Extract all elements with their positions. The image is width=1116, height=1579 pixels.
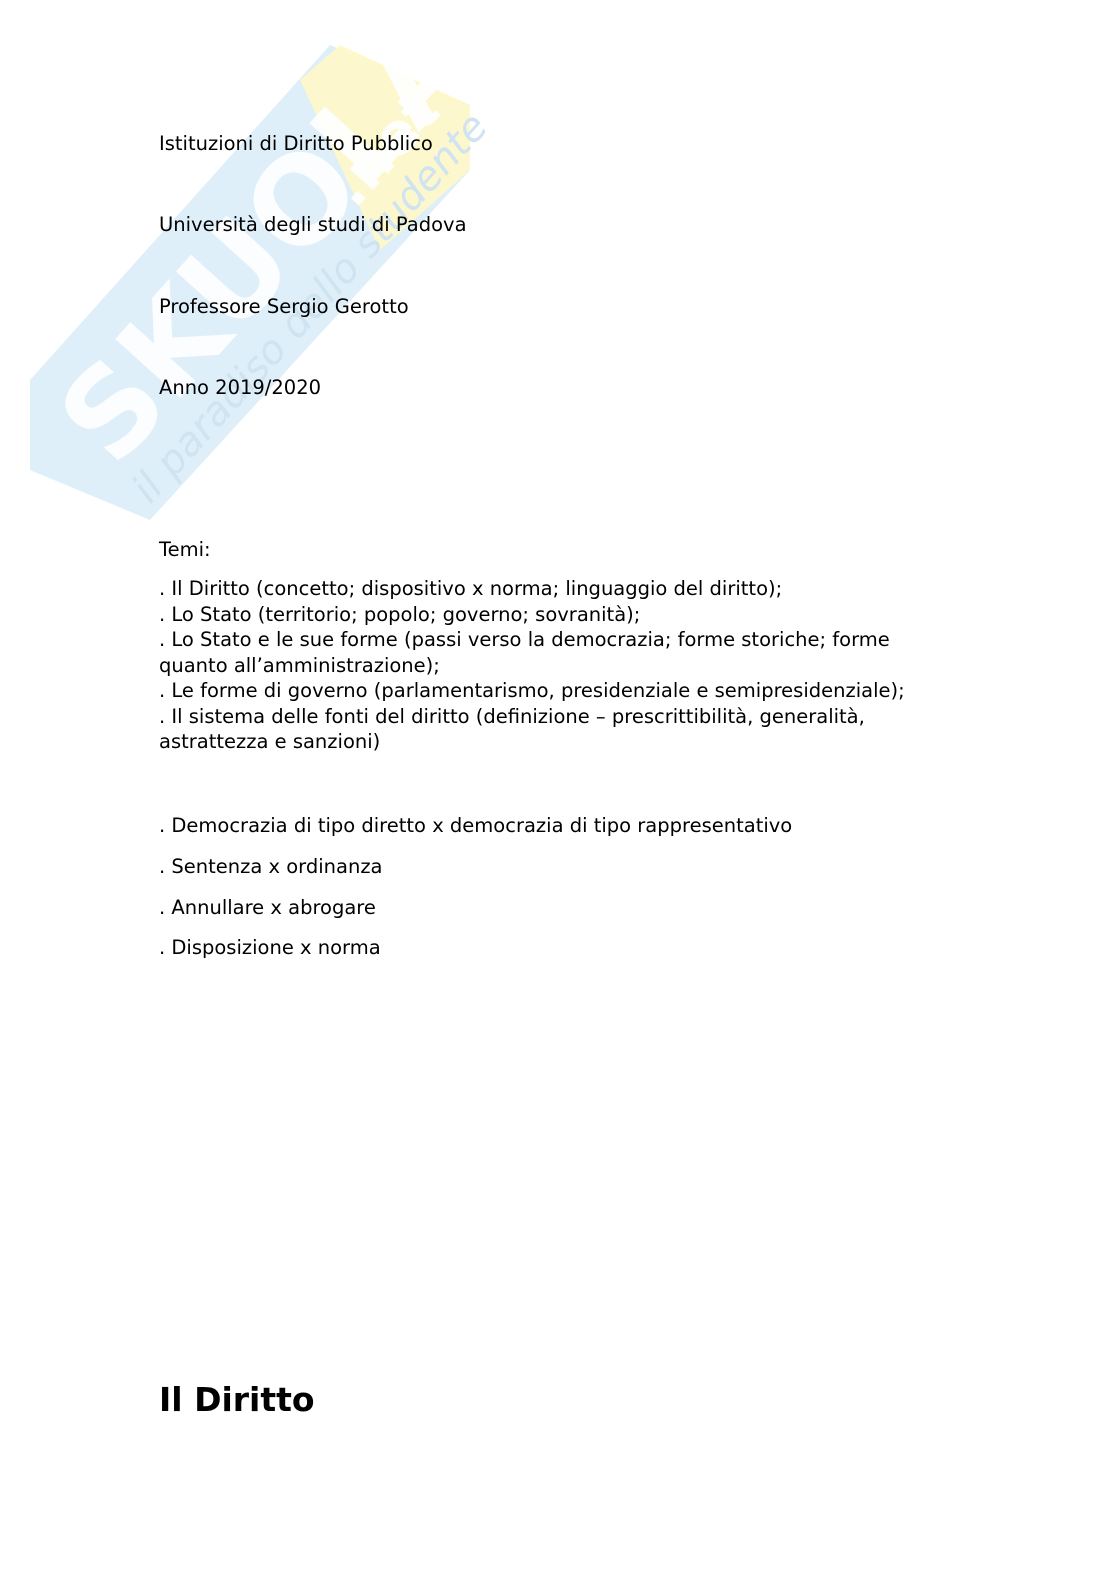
themes-label: Temi: <box>159 540 211 560</box>
university-name: Università degli studi di Padova <box>159 215 467 235</box>
comparison-item: . Sentenza x ordinanza <box>159 857 383 877</box>
theme-item: . Il Diritto (concetto; dispositivo x no… <box>159 576 959 602</box>
comparison-item: . Annullare x abrogare <box>159 898 376 918</box>
themes-list: . Il Diritto (concetto; dispositivo x no… <box>159 576 959 755</box>
theme-item: . Lo Stato (territorio; popolo; governo;… <box>159 602 959 628</box>
theme-item: astrattezza e sanzioni) <box>159 729 959 755</box>
skuola-watermark: SKUOLA .net il paradiso dello studente <box>0 0 520 540</box>
course-title: Istituzioni di Diritto Pubblico <box>159 134 433 154</box>
theme-item: . Il sistema delle fonti del diritto (de… <box>159 704 959 730</box>
theme-item: quanto all’amministrazione); <box>159 653 959 679</box>
svg-text:SKUOLA: SKUOLA <box>33 0 502 489</box>
section-heading: Il Diritto <box>159 1383 315 1416</box>
theme-item: . Le forme di governo (parlamentarismo, … <box>159 678 959 704</box>
comparison-item: . Disposizione x norma <box>159 938 381 958</box>
professor-name: Professore Sergio Gerotto <box>159 297 409 317</box>
academic-year: Anno 2019/2020 <box>159 378 321 398</box>
comparison-item: . Democrazia di tipo diretto x democrazi… <box>159 816 792 836</box>
theme-item: . Lo Stato e le sue forme (passi verso l… <box>159 627 959 653</box>
